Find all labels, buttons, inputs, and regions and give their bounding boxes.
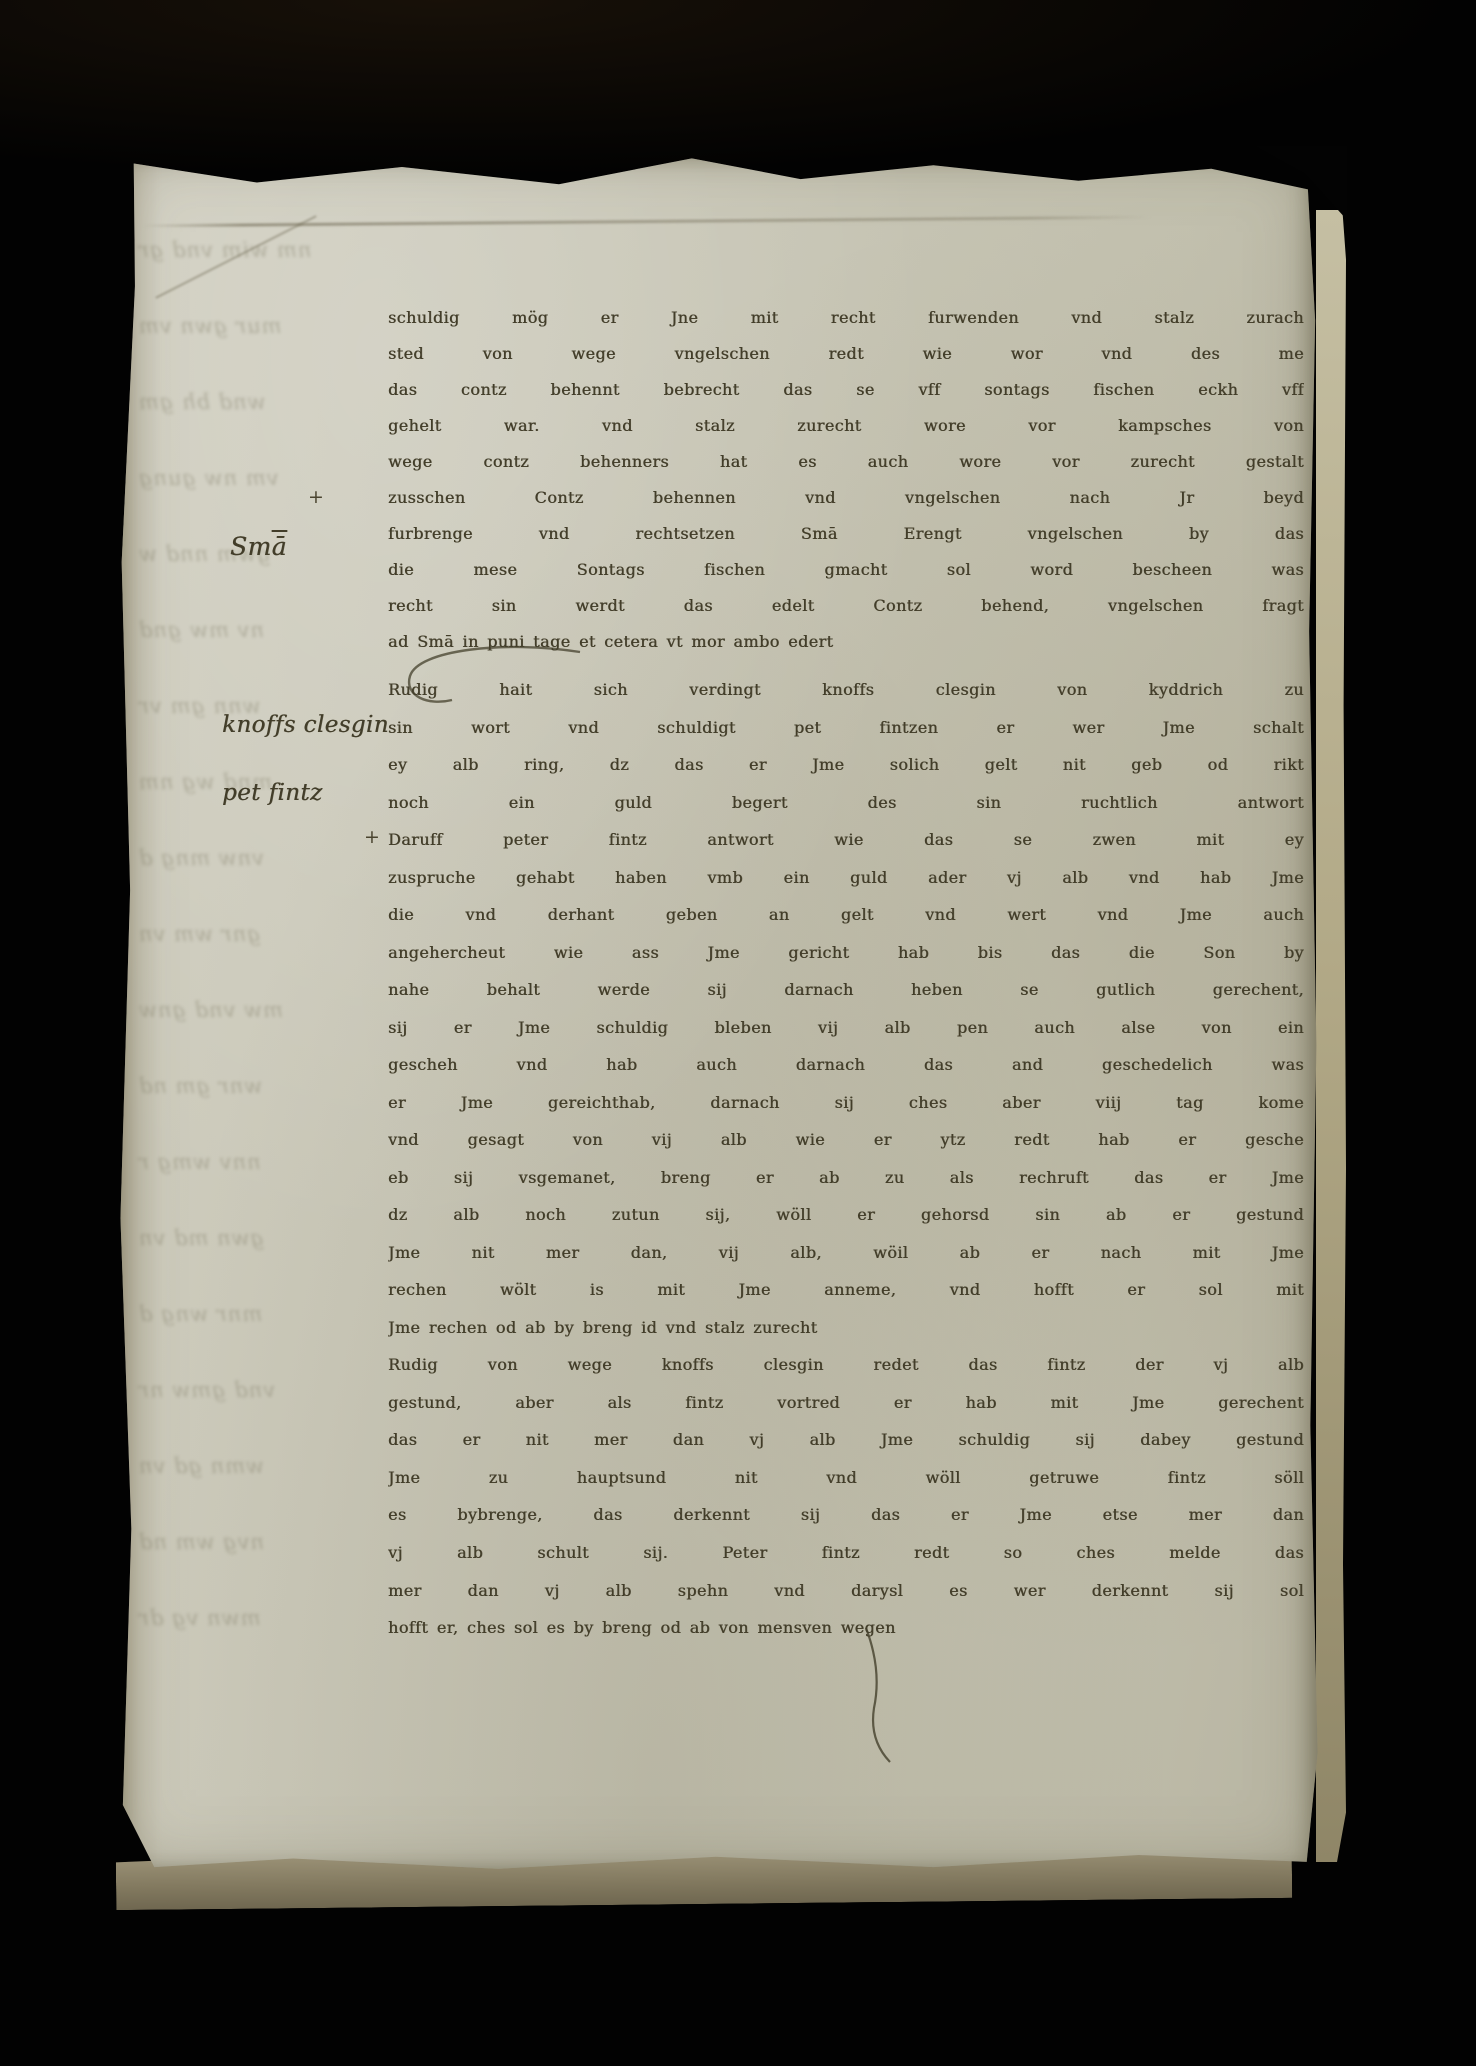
margin-note-summa: Smā [230, 532, 287, 561]
showthrough-line: nv mw gnd [138, 618, 264, 642]
manuscript-line: wege contz behenners hat es auch wore vo… [388, 444, 1304, 480]
manuscript-line: dz alb noch zutun sij, wöll er gehorsd s… [388, 1196, 1304, 1234]
paragraph: Rudig von wege knoffs clesgin redet das … [388, 1346, 1304, 1647]
manuscript-line: sted von wege vngelschen redt wie wor vn… [388, 336, 1304, 372]
showthrough-line: nnv wmg r [138, 1150, 261, 1174]
manuscript-line: Rudig von wege knoffs clesgin redet das … [388, 1346, 1304, 1384]
manuscript-line: rechen wölt is mit Jme anneme, vnd hofft… [388, 1271, 1304, 1309]
manuscript-line: Daruff peter fintz antwort wie das se zw… [388, 821, 1304, 859]
showthrough-line: nvg wm nd [138, 1530, 264, 1554]
showthrough-line: vm nw gung [138, 466, 279, 490]
manuscript-line: gehelt war. vnd stalz zurecht wore vor k… [388, 408, 1304, 444]
manuscript-line: noch ein guld begert des sin ruchtlich a… [388, 784, 1304, 822]
manuscript-line: die vnd derhant geben an gelt vnd wert v… [388, 896, 1304, 934]
manuscript-line: recht sin werdt das edelt Contz behend, … [388, 588, 1304, 624]
showthrough-line: mnr wng d [138, 1302, 262, 1326]
manuscript-page: nm wim vnd grmur gwn vmwnd bh gmvm nw gu… [112, 148, 1320, 1874]
manuscript-line: schuldig mög er Jne mit recht furwenden … [388, 300, 1304, 336]
showthrough-line: gnr wm vn [138, 922, 261, 946]
text-block: schuldig mög er Jne mit recht furwenden … [388, 300, 1304, 1647]
manuscript-line: mer dan vj alb spehn vnd darysl es wer d… [388, 1572, 1304, 1610]
manuscript-line: eb sij vsgemanet, breng er ab zu als rec… [388, 1159, 1304, 1197]
paragraph: schuldig mög er Jne mit recht furwenden … [388, 300, 1304, 660]
manuscript-line: Rudig hait sich verdingt knoffs clesgin … [388, 671, 1304, 709]
showthrough-line: wnr gm nd [138, 1074, 262, 1098]
book-fore-edge [1316, 210, 1346, 1862]
manuscript-line: er Jme gereichthab, darnach sij ches abe… [388, 1084, 1304, 1122]
showthrough-line: wmn gd vn [138, 1454, 264, 1478]
manuscript-line: das contz behennt bebrecht das se vff so… [388, 372, 1304, 408]
showthrough-line: vnd gmw nr [138, 1378, 275, 1402]
summa-abbreviation-overline: ā [272, 532, 287, 561]
paragraph-mark: + [308, 486, 324, 508]
manuscript-line: vnd gesagt von vij alb wie er ytz redt h… [388, 1121, 1304, 1159]
manuscript-line: Jme nit mer dan, vij alb, wöil ab er nac… [388, 1234, 1304, 1272]
showthrough-line: mw vnd gnw [138, 998, 283, 1022]
manuscript-line: zuspruche gehabt haben vmb ein guld ader… [388, 859, 1304, 897]
manuscript-line: ad Smā in puni tage et cetera vt mor amb… [388, 624, 1304, 660]
manuscript-line: vj alb schult sij. Peter fintz redt so c… [388, 1534, 1304, 1572]
manuscript-line: hofft er, ches sol es by breng od ab von… [388, 1609, 1304, 1647]
manuscript-line: furbrenge vnd rechtsetzen Smā Erengt vng… [388, 516, 1304, 552]
margin-note-pet-fintz: pet fintz [222, 780, 323, 806]
paragraph-mark: + [364, 826, 380, 848]
manuscript-line: sin wort vnd schuldigt pet fintzen er we… [388, 709, 1304, 747]
manuscript-line: ey alb ring, dz das er Jme solich gelt n… [388, 746, 1304, 784]
manuscript-photo: { "page": { "background_color": "#020202… [0, 0, 1476, 2066]
showthrough-line: gwn md vn [138, 1226, 264, 1250]
showthrough-line: mur gwn vm [138, 314, 282, 338]
manuscript-line: das er nit mer dan vj alb Jme schuldig s… [388, 1421, 1304, 1459]
showthrough-line: vnw mng d [138, 846, 264, 870]
manuscript-line: angehercheut wie ass Jme gericht hab bis… [388, 934, 1304, 972]
verso-showthrough: nm wim vnd grmur gwn vmwnd bh gmvm nw gu… [138, 148, 388, 1874]
showthrough-line: wnd bh gm [138, 390, 266, 414]
manuscript-line: Jme zu hauptsund nit vnd wöll getruwe fi… [388, 1459, 1304, 1497]
manuscript-line: gestund, aber als fintz vortred er hab m… [388, 1384, 1304, 1422]
backdrop-glow [0, 0, 1476, 180]
paragraph: Rudig hait sich verdingt knoffs clesgin … [388, 671, 1304, 1346]
manuscript-line: nahe behalt werde sij darnach heben se g… [388, 971, 1304, 1009]
descender-flourish [866, 1628, 890, 1762]
manuscript-line: zusschen Contz behennen vnd vngelschen n… [388, 480, 1304, 516]
showthrough-line: nm wim vnd gr [138, 238, 311, 262]
margin-note-knoffs-clesgin: knoffs clesgin [222, 712, 389, 738]
manuscript-line: gescheh vnd hab auch darnach das and ges… [388, 1046, 1304, 1084]
manuscript-line: Jme rechen od ab by breng id vnd stalz z… [388, 1309, 1304, 1347]
manuscript-line: die mese Sontags fischen gmacht sol word… [388, 552, 1304, 588]
manuscript-line: sij er Jme schuldig bleben vij alb pen a… [388, 1009, 1304, 1047]
manuscript-line: es bybrenge, das derkennt sij das er Jme… [388, 1496, 1304, 1534]
showthrough-line: mwn vg dr [138, 1606, 261, 1630]
